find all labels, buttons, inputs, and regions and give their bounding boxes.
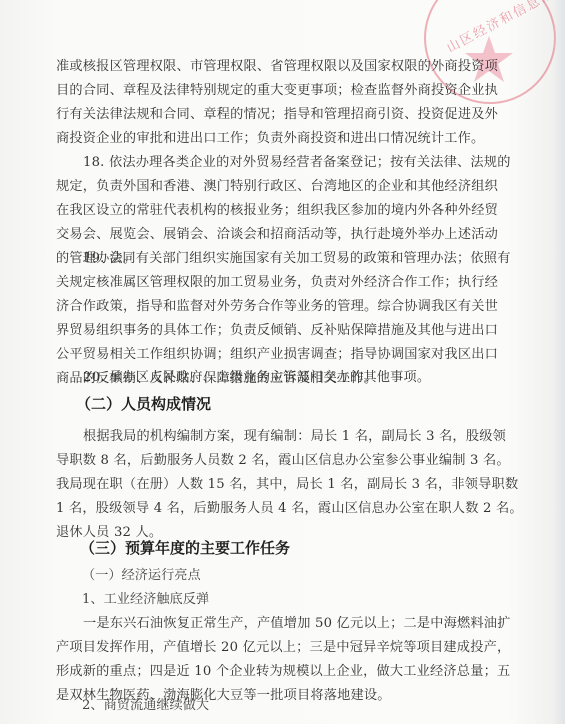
sub-heading-economic-highlights: （一）经济运行亮点 (82, 564, 201, 588)
text-line: 根据我局的机构编制方案，现有编制：局长 1 名，副局长 3 名，股级领 (83, 425, 498, 449)
seal-text: 山区经济和信息… (443, 0, 558, 56)
text-line: 导职数 8 名，后勤服务人员数 2 名，霞山区信息办公室参公事业编制 3 名。 (56, 449, 498, 473)
item-heading-commerce: 2、商贸流通继续做大 (82, 694, 209, 718)
text-line: 商投资企业的审批和进出口工作；负责外商投资和进出口情况统计工作。 (56, 127, 484, 151)
text-line: 行有关法律法规和合同、章程的情况；指导和管理招商引资、投资促进及外 (56, 103, 498, 127)
section-heading-staffing: （二）人员构成情况 (76, 392, 211, 416)
text-line: 1 名，股级领导 4 名，后勤服务人员 4 名，霞山区信息办公室在职人数 2 名… (56, 497, 498, 521)
text-line: 济合作政策，指导和监督对外劳务合作等业务的管理。综合协调我区有关世 (56, 295, 498, 319)
section-heading-budget-tasks: （三）预算年度的主要工作任务 (80, 536, 290, 560)
text-line: 公平贸易相关工作组织协调；组织产业损害调查；指导协调国家对我区出口 (56, 343, 498, 367)
text-line: 我局现在职（在册）人数 15 名，其中，局长 1 名，副局长 3 名，非领导职数 (56, 473, 498, 497)
item-heading-industrial-economy: 1、工业经济触底反弹 (82, 588, 209, 612)
text-line: 18. 依法办理各类企业的对外贸易经营者备案登记；按有关法律、法规的 (83, 151, 498, 175)
text-line: 关规定核准属区管理权限的加工贸易业务，负责对外经济合作工作；执行经 (56, 271, 498, 295)
text-line: 规定，负责外国和香港、澳门特别行政区、台湾地区的企业和其他经济组织 (56, 175, 498, 199)
text-line: 界贸易组织事务的具体工作；负责反倾销、反补贴保障措施及其他与进出口 (56, 319, 498, 343)
text-line: 在我区设立的常驻代表机构的核报业务；组织我区参加的境内外各种外经贸 (56, 199, 498, 223)
text-line: 目的合同、章程及法律特别规定的重大变更事项；检查监督外商投资企业执 (56, 79, 498, 103)
text-line: 产项目发挥作用，产值增长 20 亿元以上；三是中冠异辛烷等项目建成投产， (56, 636, 498, 660)
scan-edge-shadow (553, 0, 565, 724)
text-line: 准或核报区管理权限、市管理权限、省管理权限以及国家权限的外商投资项 (56, 55, 498, 79)
text-line: 19. 会同有关部门组织实施国家有关加工贸易的政策和管理办法；依照有 (83, 247, 498, 271)
document-page: 山区经济和信息… 准或核报区管理权限、市管理权限、省管理权限以及国家权限的外商投… (0, 0, 565, 724)
text-line: 交易会、展览会、展销会、洽谈会和招商活动等，执行赴境外举办上述活动 (56, 223, 498, 247)
text-line: 一是东兴石油恢复正常生产，产值增加 50 亿元以上；二是中海燃料油扩 (83, 612, 498, 636)
text-line: 20. 承办区人民政府、上级业务主管部门交办的其他事项。 (83, 366, 430, 390)
text-line: 形成新的重点；四是近 10 个企业转为规模以上企业，做大工业经济总量；五 (56, 660, 498, 684)
